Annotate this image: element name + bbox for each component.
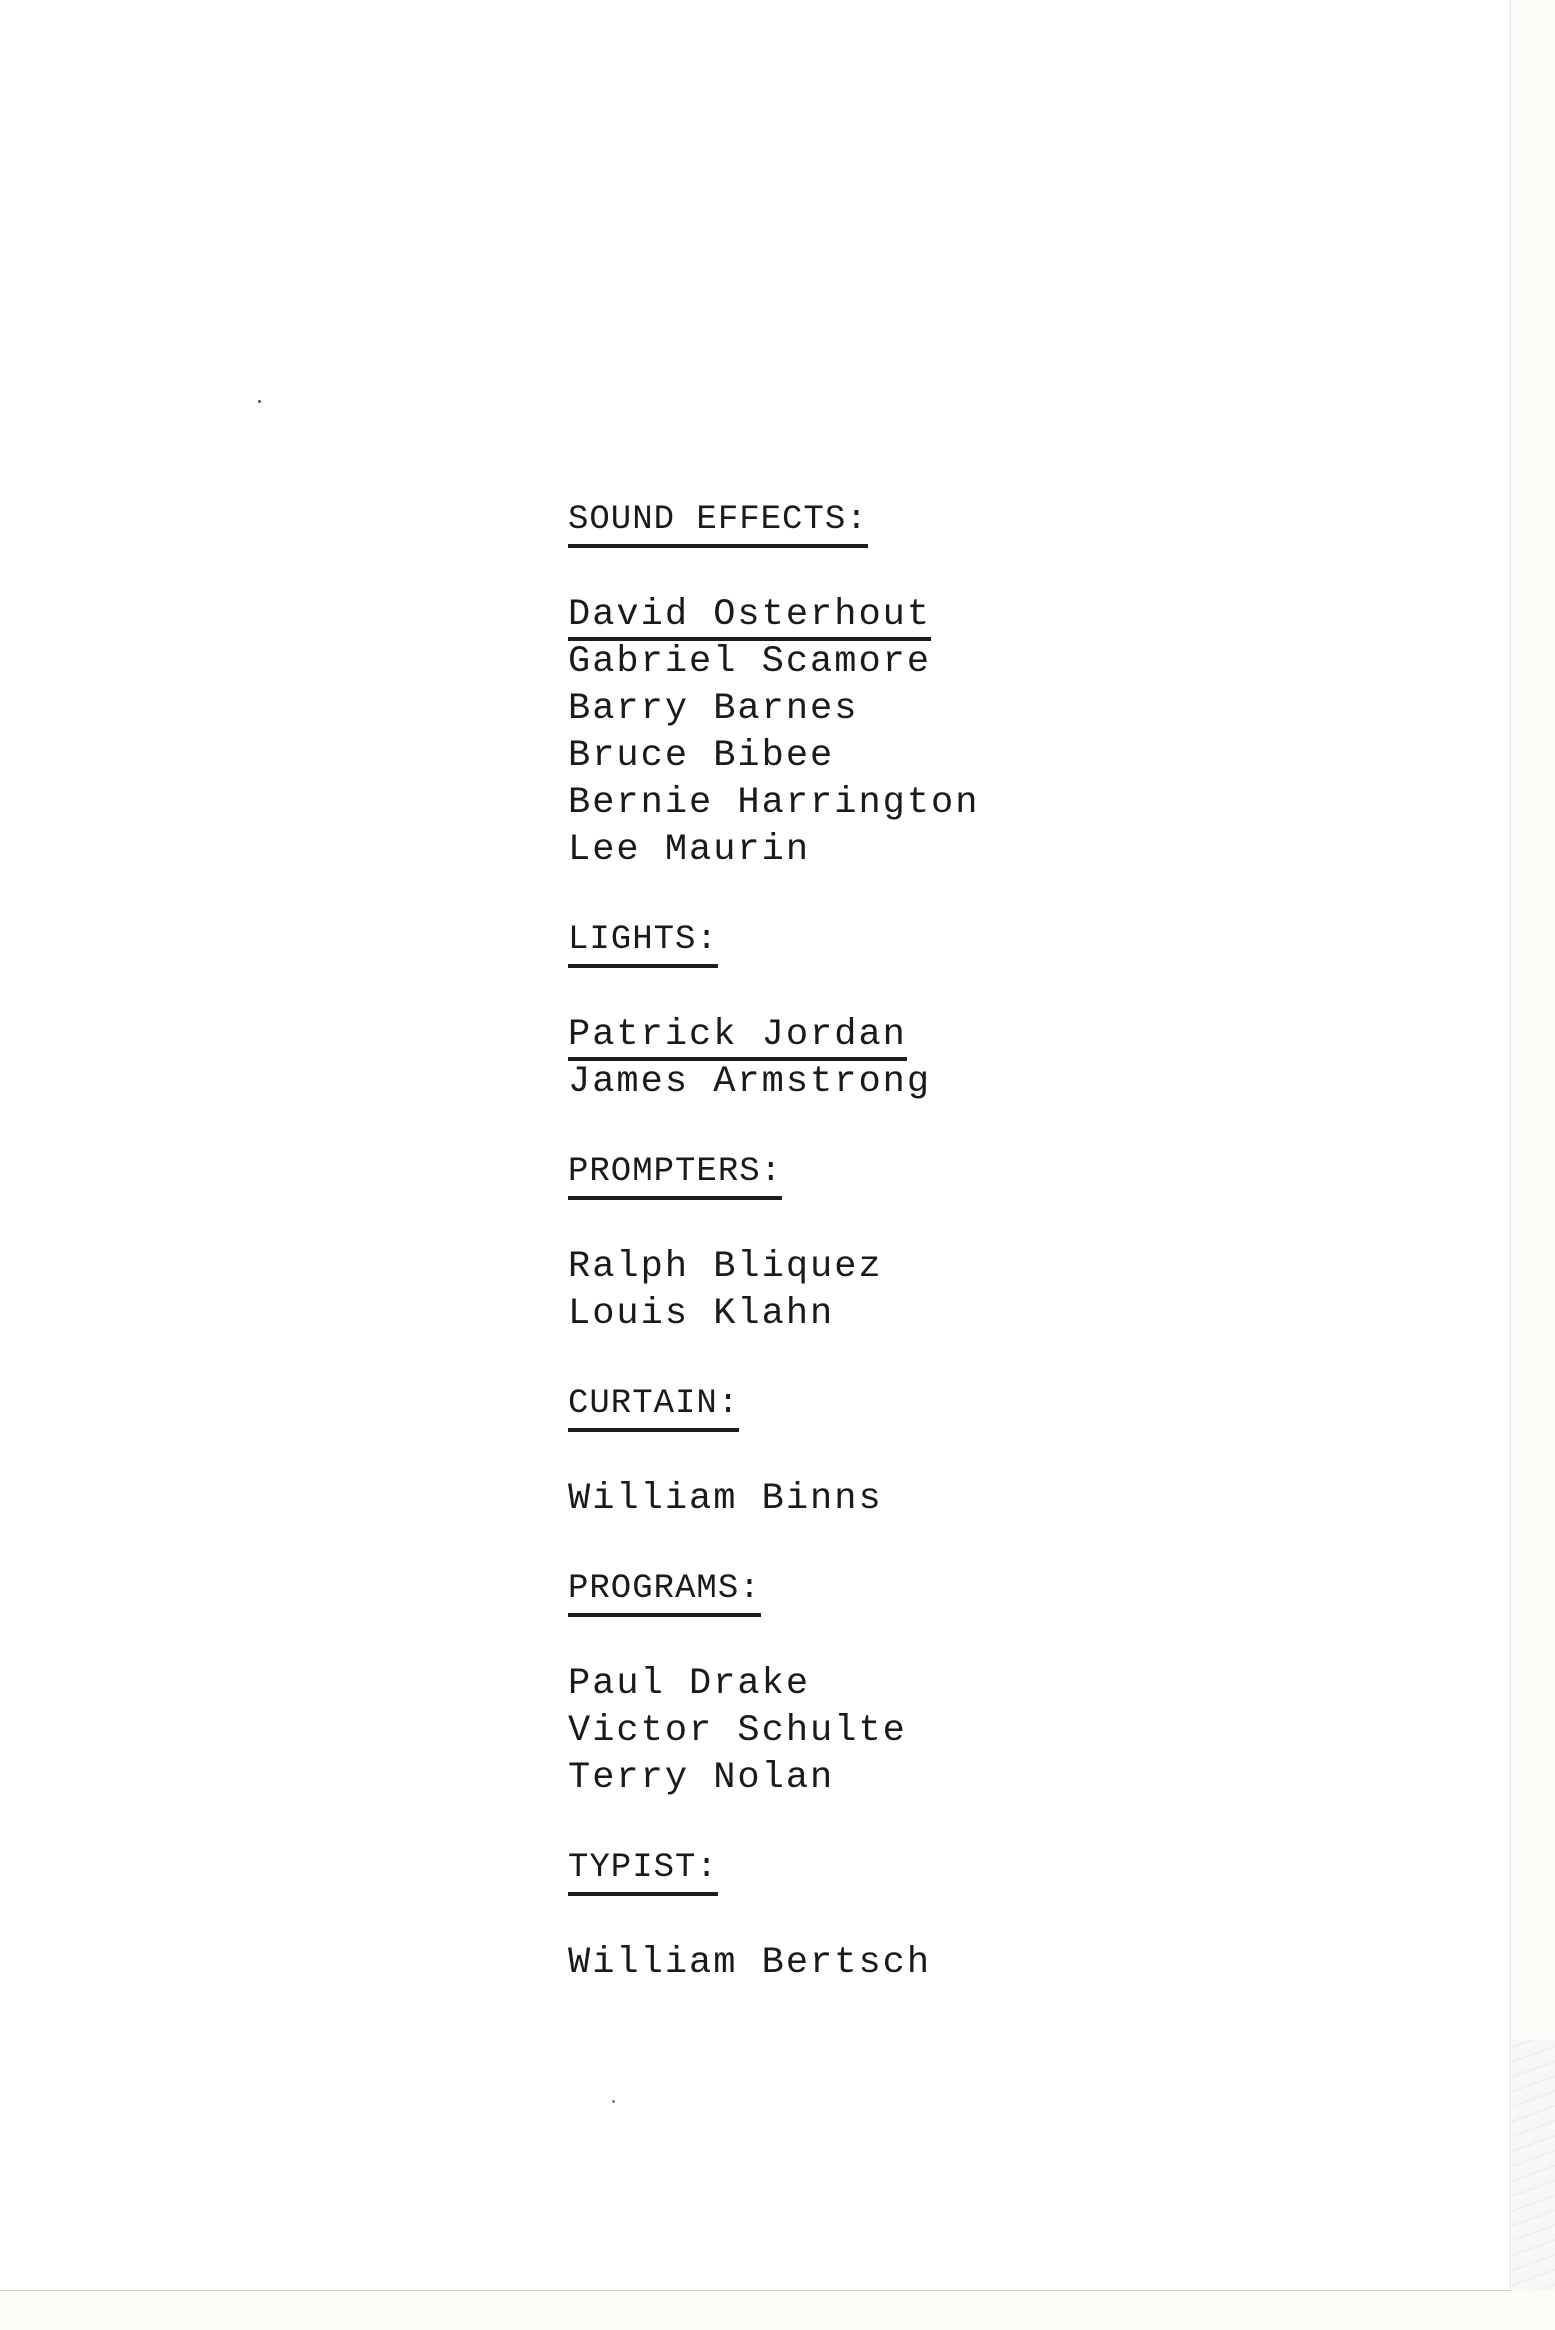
section-heading: CURTAIN: <box>568 1384 739 1432</box>
name-list: Ralph Bliquez Louis Klahn <box>568 1244 979 1338</box>
crew-name: Gabriel Scamore <box>568 639 979 686</box>
crew-name: Bruce Bibee <box>568 733 979 780</box>
section-heading: TYPIST: <box>568 1848 718 1896</box>
section-heading: LIGHTS: <box>568 920 718 968</box>
section-heading: PROGRAMS: <box>568 1569 761 1617</box>
crew-name: William Binns <box>568 1476 979 1523</box>
crew-name: William Bertsch <box>568 1940 979 1987</box>
crew-name: Bernie Harrington <box>568 780 979 827</box>
name-list: William Bertsch <box>568 1940 979 1987</box>
section-sound-effects: SOUND EFFECTS: David Osterhout Gabriel S… <box>568 498 979 874</box>
crew-list: SOUND EFFECTS: David Osterhout Gabriel S… <box>568 498 979 2031</box>
crew-name: Barry Barnes <box>568 686 979 733</box>
crew-name: Lee Maurin <box>568 827 979 874</box>
speck <box>612 2100 615 2103</box>
crew-name: Terry Nolan <box>568 1755 979 1802</box>
speck <box>258 400 261 403</box>
section-prompters: PROMPTERS: Ralph Bliquez Louis Klahn <box>568 1150 979 1338</box>
crew-name-underlined: David Osterhout <box>568 594 931 641</box>
section-programs: PROGRAMS: Paul Drake Victor Schulte Terr… <box>568 1567 979 1802</box>
scanner-background <box>1511 2040 1555 2290</box>
section-heading: SOUND EFFECTS: <box>568 500 868 548</box>
section-typist: TYPIST: William Bertsch <box>568 1846 979 1987</box>
crew-name: Paul Drake <box>568 1661 979 1708</box>
section-curtain: CURTAIN: William Binns <box>568 1382 979 1523</box>
name-list: David Osterhout Gabriel Scamore Barry Ba… <box>568 592 979 874</box>
crew-name: Victor Schulte <box>568 1708 979 1755</box>
crew-name: Ralph Bliquez <box>568 1244 979 1291</box>
name-list: Patrick Jordan James Armstrong <box>568 1012 979 1106</box>
crew-name: Patrick Jordan <box>568 1012 979 1059</box>
crew-name: Louis Klahn <box>568 1291 979 1338</box>
section-lights: LIGHTS: Patrick Jordan James Armstrong <box>568 918 979 1106</box>
section-heading: PROMPTERS: <box>568 1152 782 1200</box>
crew-name: David Osterhout <box>568 592 979 639</box>
name-list: Paul Drake Victor Schulte Terry Nolan <box>568 1661 979 1802</box>
crew-name: James Armstrong <box>568 1059 979 1106</box>
crew-name-underlined: Patrick Jordan <box>568 1014 907 1061</box>
name-list: William Binns <box>568 1476 979 1523</box>
